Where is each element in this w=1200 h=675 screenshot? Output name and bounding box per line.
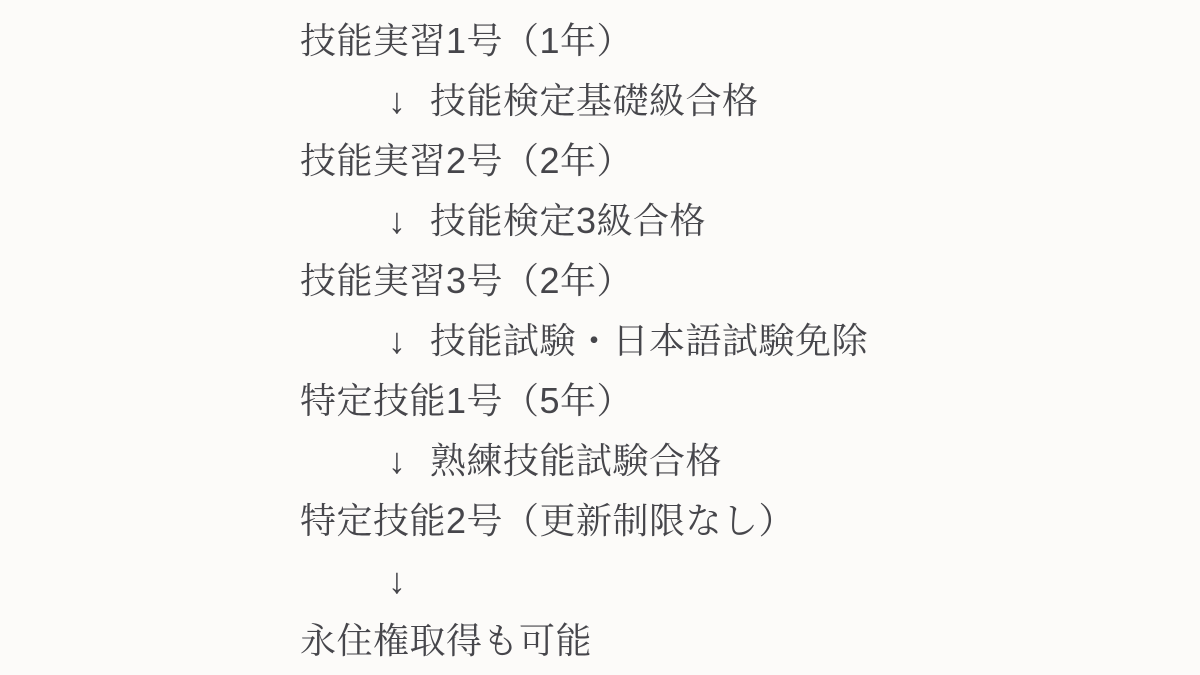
arrow-line: ↓熟練技能試験合格: [300, 431, 1160, 491]
arrow-condition-label: 熟練技能試験合格: [430, 440, 722, 481]
arrow-line: ↓技能検定3級合格: [300, 191, 1160, 251]
arrow-condition-label: 技能検定基礎級合格: [430, 80, 759, 121]
stage-line: 永住権取得も可能: [300, 611, 1160, 671]
down-arrow-icon: ↓: [388, 191, 412, 251]
stage-line: 技能実習3号（2年）: [300, 251, 1160, 311]
stage-line: 特定技能2号（更新制限なし）: [300, 491, 1160, 551]
stage-label: 特定技能2号（更新制限なし）: [300, 500, 795, 541]
down-arrow-icon: ↓: [388, 551, 412, 611]
visa-progression-flow: 技能実習1号（1年） ↓技能検定基礎級合格 技能実習2号（2年） ↓技能検定3級…: [300, 11, 1160, 671]
arrow-condition-label: 技能検定3級合格: [430, 200, 706, 241]
arrow-line: ↓技能試験・日本語試験免除: [300, 311, 1160, 371]
stage-label: 特定技能1号（5年）: [300, 380, 633, 421]
stage-label: 永住権取得も可能: [300, 620, 592, 661]
stage-label: 技能実習1号（1年）: [300, 20, 633, 61]
stage-label: 技能実習3号（2年）: [300, 260, 633, 301]
stage-line: 特定技能1号（5年）: [300, 371, 1160, 431]
down-arrow-icon: ↓: [388, 71, 412, 131]
slide-frame: 技能実習1号（1年） ↓技能検定基礎級合格 技能実習2号（2年） ↓技能検定3級…: [0, 0, 1200, 675]
arrow-line: ↓技能検定基礎級合格: [300, 71, 1160, 131]
down-arrow-icon: ↓: [388, 431, 412, 491]
stage-line: 技能実習2号（2年）: [300, 131, 1160, 191]
stage-label: 技能実習2号（2年）: [300, 140, 633, 181]
down-arrow-icon: ↓: [388, 311, 412, 371]
arrow-condition-label: 技能試験・日本語試験免除: [430, 320, 868, 361]
stage-line: 技能実習1号（1年）: [300, 11, 1160, 71]
arrow-line: ↓: [300, 551, 1160, 611]
